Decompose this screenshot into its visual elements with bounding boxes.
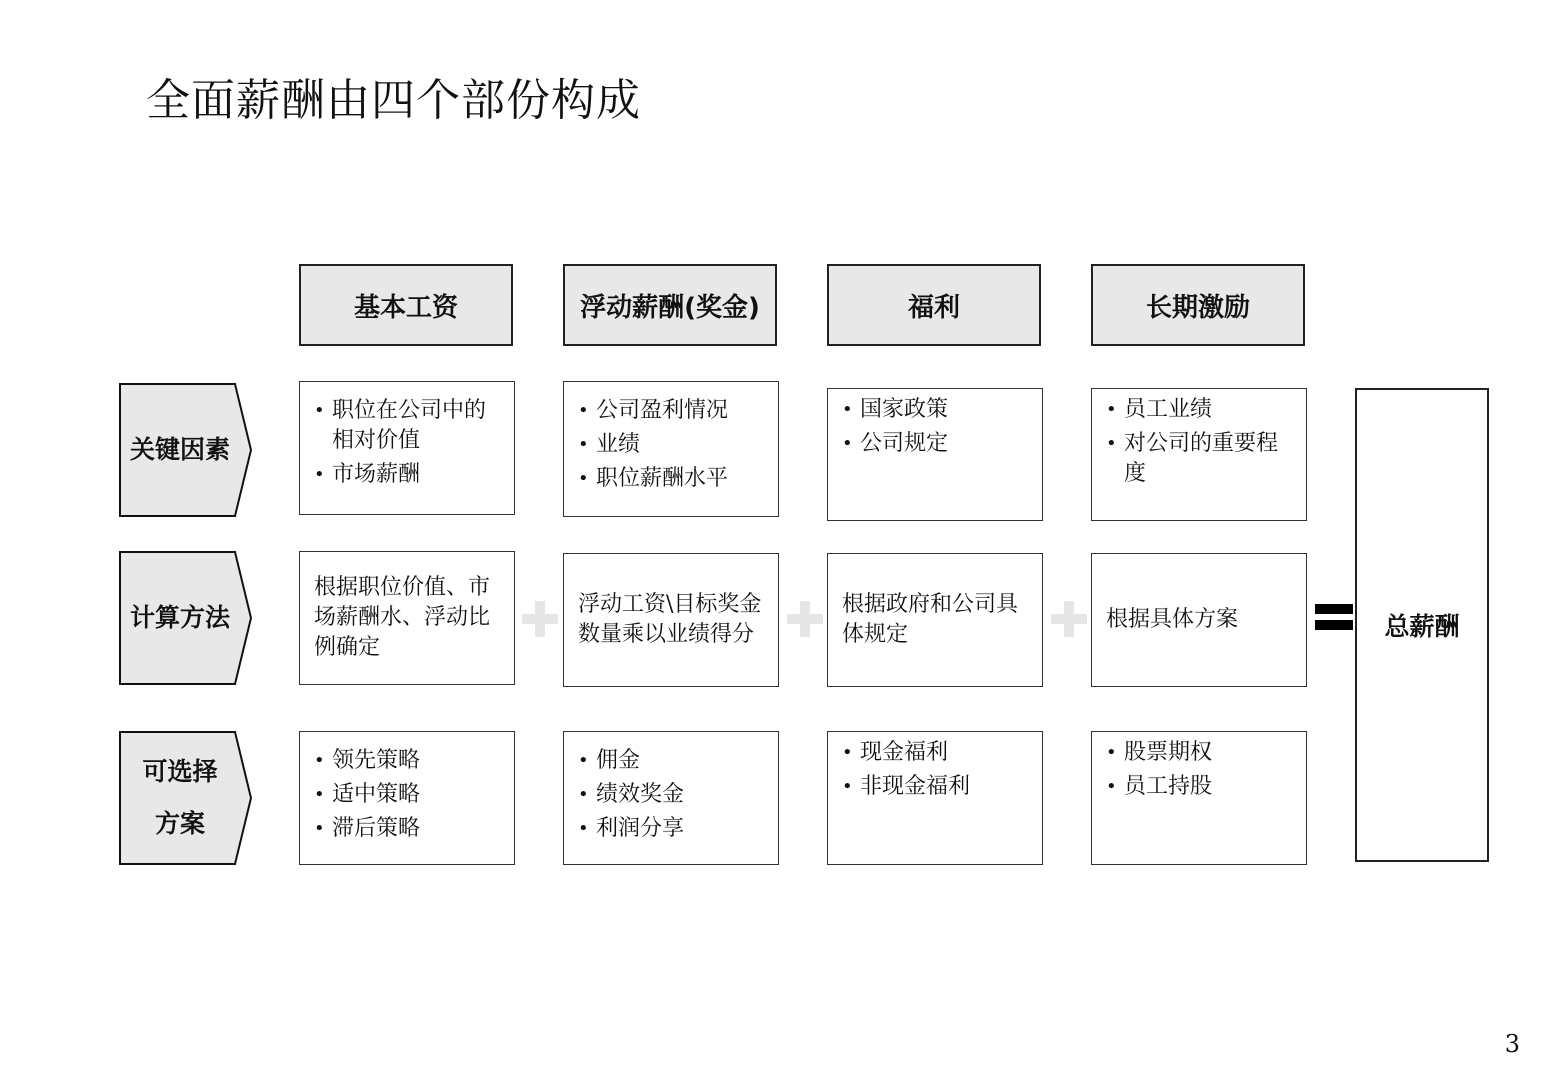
bullet-item: 适中策略	[314, 780, 504, 810]
cell-text: 根据职位价值、市场薪酬水、浮动比例确定	[314, 573, 504, 663]
row-label-key-factors: 关键因素	[119, 383, 253, 517]
bullet-item: 现金福利	[842, 738, 1032, 768]
bullet-item: 对公司的重要程度	[1106, 429, 1296, 489]
cell-calculation-long-term-incentive: 根据具体方案	[1091, 553, 1307, 687]
cell-options-variable-pay: 佣金 绩效奖金 利润分享	[563, 731, 779, 865]
bullet-item: 非现金福利	[842, 772, 1032, 802]
cell-calculation-base-salary: 根据职位价值、市场薪酬水、浮动比例确定	[299, 551, 515, 685]
cell-options-base-salary: 领先策略 适中策略 滞后策略	[299, 731, 515, 865]
row-label-calculation: 计算方法	[119, 551, 253, 685]
bullet-item: 市场薪酬	[314, 460, 504, 490]
cell-key-factors-long-term-incentive: 员工业绩 对公司的重要程度	[1091, 388, 1307, 521]
row-label-text: 可选择	[142, 746, 217, 798]
header-long-term-incentive: 长期激励	[1091, 264, 1305, 346]
bullet-item: 佣金	[578, 746, 768, 776]
cell-text: 根据政府和公司具体规定	[842, 590, 1032, 650]
header-base-salary: 基本工资	[299, 264, 513, 346]
bullet-item: 公司规定	[842, 429, 1032, 459]
cell-text: 根据具体方案	[1106, 605, 1238, 635]
total-label: 总薪酬	[1384, 607, 1459, 643]
cell-text: 浮动工资\目标奖金数量乘以业绩得分	[578, 590, 768, 650]
cell-options-benefits: 现金福利 非现金福利	[827, 731, 1043, 865]
bullet-item: 职位在公司中的相对价值	[314, 396, 504, 456]
equals-icon	[1315, 604, 1353, 632]
plus-icon	[787, 601, 823, 637]
bullet-item: 员工业绩	[1106, 395, 1296, 425]
cell-calculation-variable-pay: 浮动工资\目标奖金数量乘以业绩得分	[563, 553, 779, 687]
row-label-options: 可选择 方案	[119, 731, 253, 865]
cell-key-factors-variable-pay: 公司盈利情况 业绩 职位薪酬水平	[563, 381, 779, 517]
cell-key-factors-base-salary: 职位在公司中的相对价值 市场薪酬	[299, 381, 515, 515]
bullet-item: 利润分享	[578, 814, 768, 844]
bullet-item: 绩效奖金	[578, 780, 768, 810]
row-label-text: 关键因素	[130, 424, 230, 476]
bullet-item: 员工持股	[1106, 772, 1296, 802]
bullet-item: 业绩	[578, 430, 768, 460]
page-number: 3	[1505, 1030, 1520, 1058]
bullet-item: 公司盈利情况	[578, 396, 768, 426]
bullet-item: 职位薪酬水平	[578, 464, 768, 494]
bullet-item: 滞后策略	[314, 814, 504, 844]
bullet-item: 国家政策	[842, 395, 1032, 425]
row-label-text: 方案	[155, 798, 205, 850]
cell-key-factors-benefits: 国家政策 公司规定	[827, 388, 1043, 521]
header-benefits: 福利	[827, 264, 1041, 346]
header-variable-pay: 浮动薪酬(奖金)	[563, 264, 777, 346]
plus-icon	[522, 601, 558, 637]
plus-icon	[1051, 601, 1087, 637]
cell-calculation-benefits: 根据政府和公司具体规定	[827, 553, 1043, 687]
bullet-item: 股票期权	[1106, 738, 1296, 768]
row-label-text: 计算方法	[130, 592, 230, 644]
bullet-item: 领先策略	[314, 746, 504, 776]
cell-options-long-term-incentive: 股票期权 员工持股	[1091, 731, 1307, 865]
total-compensation-box: 总薪酬	[1355, 388, 1489, 862]
slide-title: 全面薪酬由四个部份构成	[146, 64, 641, 128]
